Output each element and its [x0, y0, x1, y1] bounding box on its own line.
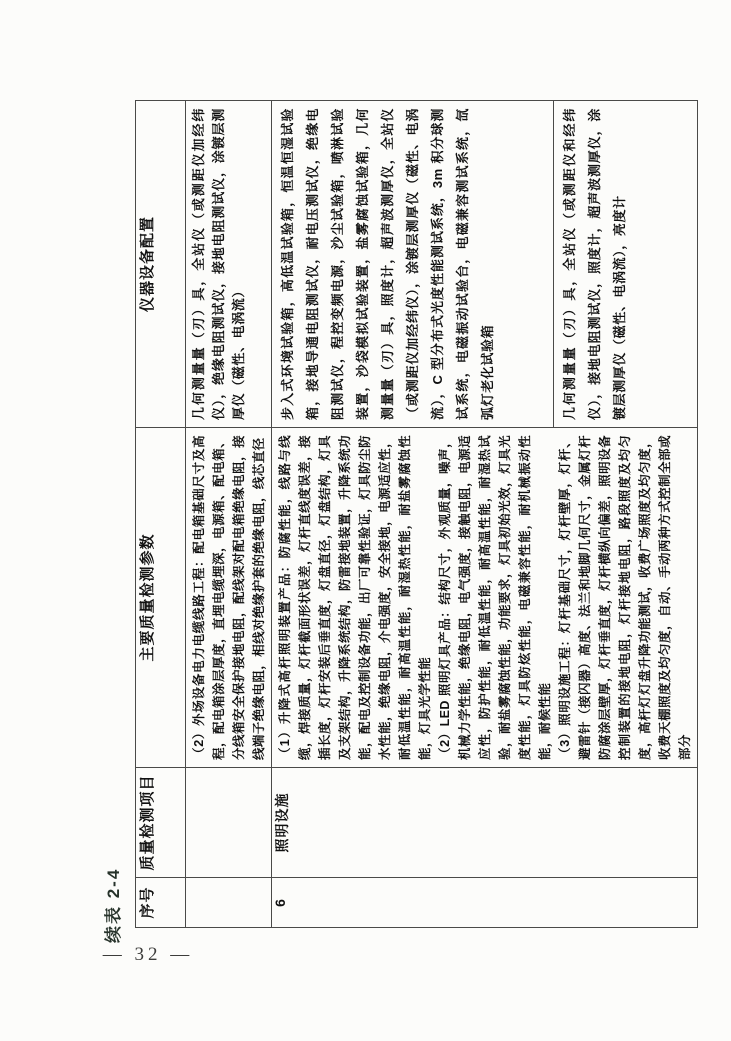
page-number: — 32 — — [88, 944, 208, 966]
table-caption: 续表 2-4 — [99, 868, 124, 943]
quality-inspection-table: 序号 质量检测项目 主要质量检测参数 仪器设备配置 （2）外场设备电力电缆线路工… — [135, 100, 698, 928]
item-cell — [186, 768, 272, 878]
equipment-paragraph: 步入式环境试验箱，高低温试验箱，恒温恒湿试验箱，接地导通电阻测试仪，耐电压测试仪… — [275, 108, 500, 420]
header-item: 质量检测项目 — [136, 768, 186, 878]
equipment-cell: 几何测量量（刃）具，全站仪（或测距仪和经纬仪），接地电阻测试仪，照度计，超声波测… — [554, 101, 698, 428]
equipment-paragraph: 几何测量量（刃）具，全站仪（或测距仪加经纬仪），绝缘电阻测试仪，接地电阻测试仪，… — [189, 108, 249, 420]
seq-cell — [186, 878, 272, 928]
header-seq: 序号 — [136, 878, 186, 928]
seq-cell: 6 — [272, 878, 698, 928]
rotated-table-sheet: 续表 2-4 序号 质量检测项目 主要质量检测参数 仪器设备配置 — [0, 0, 731, 1041]
params-paragraph: （3）照明设施工程：灯杆基础尺寸，灯杆壁厚，灯杆、避雷针（接闪器）高度、法兰和地… — [555, 435, 695, 760]
params-paragraph: （2）外场设备电力电缆线路工程：配电箱基础尺寸及高程，配电箱涂层厚度，直埋电缆埋… — [189, 435, 269, 760]
table-row: 6 照明设施 （1）升降式高杆照明装置产品：防腐性能，线路与线缆，焊接质量，灯杆… — [272, 101, 554, 928]
params-paragraph: （1）升降式高杆照明装置产品：防腐性能，线路与线缆，焊接质量，灯杆截面形状误差，… — [275, 435, 435, 760]
header-params: 主要质量检测参数 — [136, 428, 186, 768]
table-header-row: 序号 质量检测项目 主要质量检测参数 仪器设备配置 — [136, 101, 186, 928]
params-cell: （2）外场设备电力电缆线路工程：配电箱基础尺寸及高程，配电箱涂层厚度，直埋电缆埋… — [186, 428, 272, 768]
item-cell: 照明设施 — [272, 768, 698, 878]
params-cell: （1）升降式高杆照明装置产品：防腐性能，线路与线缆，焊接质量，灯杆截面形状误差，… — [272, 428, 698, 768]
params-paragraph: （2）LED 照明灯具产品：结构尺寸，外观质量，噪声，机械力学性能，绝缘电阻，电… — [435, 435, 555, 760]
header-equipment: 仪器设备配置 — [136, 101, 186, 428]
equipment-paragraph: 几何测量量（刃）具，全站仪（或测距仪和经纬仪），接地电阻测试仪，照度计，超声波测… — [557, 108, 632, 420]
equipment-cell: 几何测量量（刃）具，全站仪（或测距仪加经纬仪），绝缘电阻测试仪，接地电阻测试仪，… — [186, 101, 272, 428]
equipment-cell: 步入式环境试验箱，高低温试验箱，恒温恒湿试验箱，接地导通电阻测试仪，耐电压测试仪… — [272, 101, 554, 428]
scanned-document-page: 续表 2-4 序号 质量检测项目 主要质量检测参数 仪器设备配置 — [0, 0, 731, 1041]
table-row: （2）外场设备电力电缆线路工程：配电箱基础尺寸及高程，配电箱涂层厚度，直埋电缆埋… — [186, 101, 272, 928]
